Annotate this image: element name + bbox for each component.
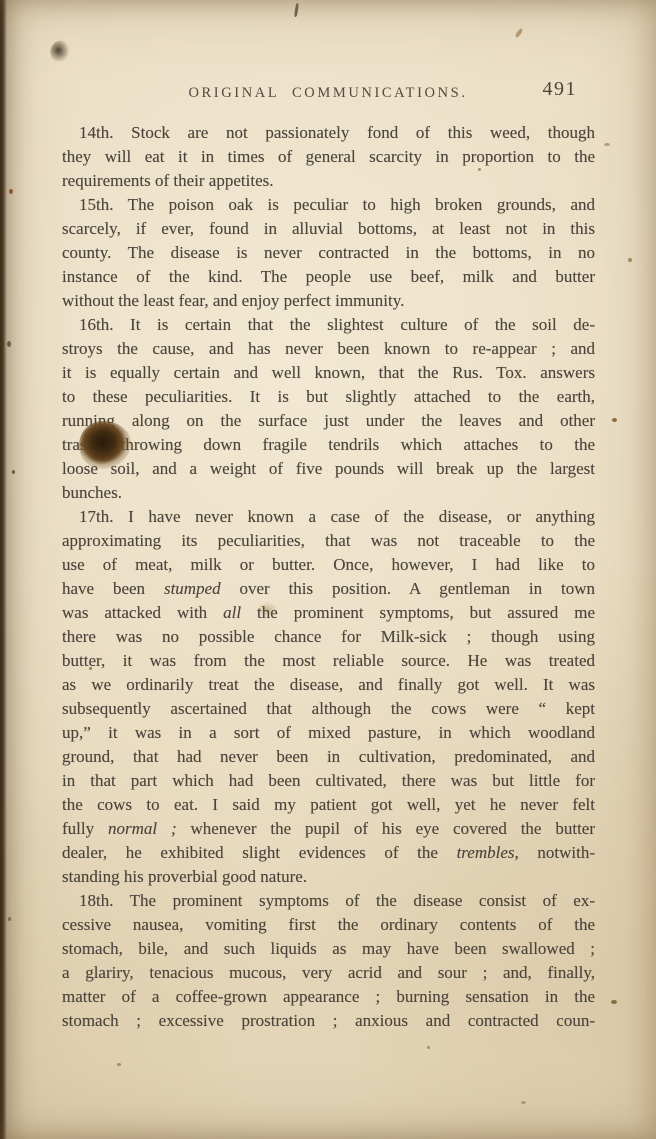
text-line: requirements of their appetites. [62,169,595,193]
paper-fleck [604,143,610,146]
text-line: without the least fear, and enjoy perfec… [62,289,595,313]
paragraph-15th: 15th. The poison oak is peculiar to high… [62,193,595,313]
text-line: dealer, he exhibited slight evidences of… [62,841,595,865]
text-segment: the cows to eat. I said my patient got w… [62,795,595,814]
text-line: was attacked with all the prominent symp… [62,601,595,625]
text-line: standing his proverbial good nature. [62,865,595,889]
text-segment: dealer, he exhibited slight evidences of… [62,843,457,862]
text-segment: stroys the cause, and has never been kno… [62,339,595,358]
text-segment: whenever the pupil of his eye covered th… [177,819,595,838]
paper-fleck [514,28,523,38]
text-line: up,” it was in a sort of mixed pasture, … [62,721,595,745]
text-line: cessive nausea, vomiting first the ordin… [62,913,595,937]
page-number: 491 [543,78,578,101]
text-line: bunches. [62,481,595,505]
text-line: a glariry, tenacious mucous, very acrid … [62,961,595,985]
paper-fleck [521,1101,526,1104]
text-segment: ground, that had never been in cultivati… [62,747,595,766]
text-segment: subsequently ascertained that although t… [62,699,595,718]
text-segment: over this position. A gentleman in town [221,579,595,598]
text-line: it is equally certain and well known, th… [62,361,595,385]
text-segment: scarcely, if ever, found in alluvial bot… [62,219,595,238]
text-segment: matter of a coffee-grown appearance ; bu… [62,987,595,1006]
paragraph-17th: 17th. I have never known a case of the d… [62,505,595,889]
paper-fleck [9,189,13,194]
text-segment: in that part which had been cultivated, … [62,771,595,790]
text-line: 17th. I have never known a case of the d… [62,505,595,529]
italic-text-segment: all [223,603,241,622]
text-segment: 18th. The prominent symptoms of the dise… [79,891,595,910]
text-segment: was attacked with [62,603,223,622]
text-segment: without the least fear, and enjoy perfec… [62,291,404,310]
text-line: subsequently ascertained that although t… [62,697,595,721]
italic-text-segment: normal ; [108,819,177,838]
text-segment: it is equally certain and well known, th… [62,363,595,382]
text-segment: requirements of their appetites. [62,171,273,190]
text-segment: up,” it was in a sort of mixed pasture, … [62,723,595,742]
text-line: have been stumped over this position. A … [62,577,595,601]
paper-fleck [611,1000,617,1004]
paper-fleck [117,1063,121,1066]
paper-fleck [612,418,617,422]
italic-text-segment: trembles [457,843,515,862]
text-segment: county. The disease is never contracted … [62,243,595,262]
text-segment: butter, it was from the most reliable so… [62,651,595,670]
text-line: ground, that had never been in cultivati… [62,745,595,769]
text-line: trash, throwing down fragile tendrils wh… [62,433,595,457]
text-segment: 17th. I have never known a case of the d… [79,507,595,526]
text-line: stroys the cause, and has never been kno… [62,337,595,361]
text-line: as we ordinarily treat the disease, and … [62,673,595,697]
page-text: 14th. Stock are not passionately fond of… [62,121,595,1033]
text-segment: as we ordinarily treat the disease, and … [62,675,595,694]
text-line: there was no possible chance for Milk-si… [62,625,595,649]
text-segment: use of meat, milk or butter. Once, howev… [62,555,595,574]
text-segment: loose soil, and a weight of five pounds … [62,459,595,478]
paper-fleck [8,917,11,921]
text-segment: approximating its peculiarities, that wa… [62,531,595,550]
text-line: to these peculiarities. It is but slight… [62,385,595,409]
text-line: the cows to eat. I said my patient got w… [62,793,595,817]
text-line: use of meat, milk or butter. Once, howev… [62,553,595,577]
text-segment: , notwith- [515,843,596,862]
text-line: county. The disease is never contracted … [62,241,595,265]
paper-fleck [12,470,15,474]
text-line: approximating its peculiarities, that wa… [62,529,595,553]
text-segment: to these peculiarities. It is but slight… [62,387,595,406]
text-line: 15th. The poison oak is peculiar to high… [62,193,595,217]
paragraph-14th: 14th. Stock are not passionately fond of… [62,121,595,193]
text-segment: standing his proverbial good nature. [62,867,307,886]
paper-fleck [294,3,299,17]
text-line: running along on the surface just under … [62,409,595,433]
text-segment: 14th. Stock are not passionately fond of… [79,123,595,142]
text-line: fully normal ; whenever the pupil of his… [62,817,595,841]
text-line: in that part which had been cultivated, … [62,769,595,793]
text-line: 18th. The prominent symptoms of the dise… [62,889,595,913]
text-line: stomach, bile, and such liquids as may h… [62,937,595,961]
text-segment: bunches. [62,483,122,502]
text-line: 16th. It is certain that the slightest c… [62,313,595,337]
italic-text-segment: stumped [164,579,221,598]
paragraph-16th: 16th. It is certain that the slightest c… [62,313,595,505]
text-segment: they will eat it in times of general sca… [62,147,595,166]
text-segment: stomach, bile, and such liquids as may h… [62,939,595,958]
paper-fleck [7,341,11,347]
text-segment: running along on the surface just under … [62,411,595,430]
text-line: stomach ; excessive prostration ; anxiou… [62,1009,595,1033]
text-segment: a glariry, tenacious mucous, very acrid … [62,963,595,982]
text-line: butter, it was from the most reliable so… [62,649,595,673]
smudge-mark [47,38,73,65]
text-segment: stomach ; excessive prostration ; anxiou… [62,1011,595,1030]
text-segment: 15th. The poison oak is peculiar to high… [79,195,595,214]
text-segment: trash, throwing down fragile tendrils wh… [62,435,595,454]
text-line: scarcely, if ever, found in alluvial bot… [62,217,595,241]
text-line: instance of the kind. The people use bee… [62,265,595,289]
text-line: matter of a coffee-grown appearance ; bu… [62,985,595,1009]
text-segment: the prominent symptoms, but assured me [241,603,595,622]
text-line: they will eat it in times of general sca… [62,145,595,169]
text-line: 14th. Stock are not passionately fond of… [62,121,595,145]
text-segment: there was no possible chance for Milk-si… [62,627,595,646]
paper-fleck [628,258,632,262]
text-segment: have been [62,579,164,598]
text-segment: instance of the kind. The people use bee… [62,267,595,286]
text-segment: fully [62,819,108,838]
paragraph-18th: 18th. The prominent symptoms of the dise… [62,889,595,1033]
book-page: ORIGINAL COMMUNICATIONS. 491 14th. Stock… [0,0,656,1139]
text-segment: cessive nausea, vomiting first the ordin… [62,915,595,934]
paper-fleck [427,1046,430,1049]
text-line: loose soil, and a weight of five pounds … [62,457,595,481]
text-segment: 16th. It is certain that the slightest c… [79,315,595,334]
binding-shadow [0,0,7,1139]
